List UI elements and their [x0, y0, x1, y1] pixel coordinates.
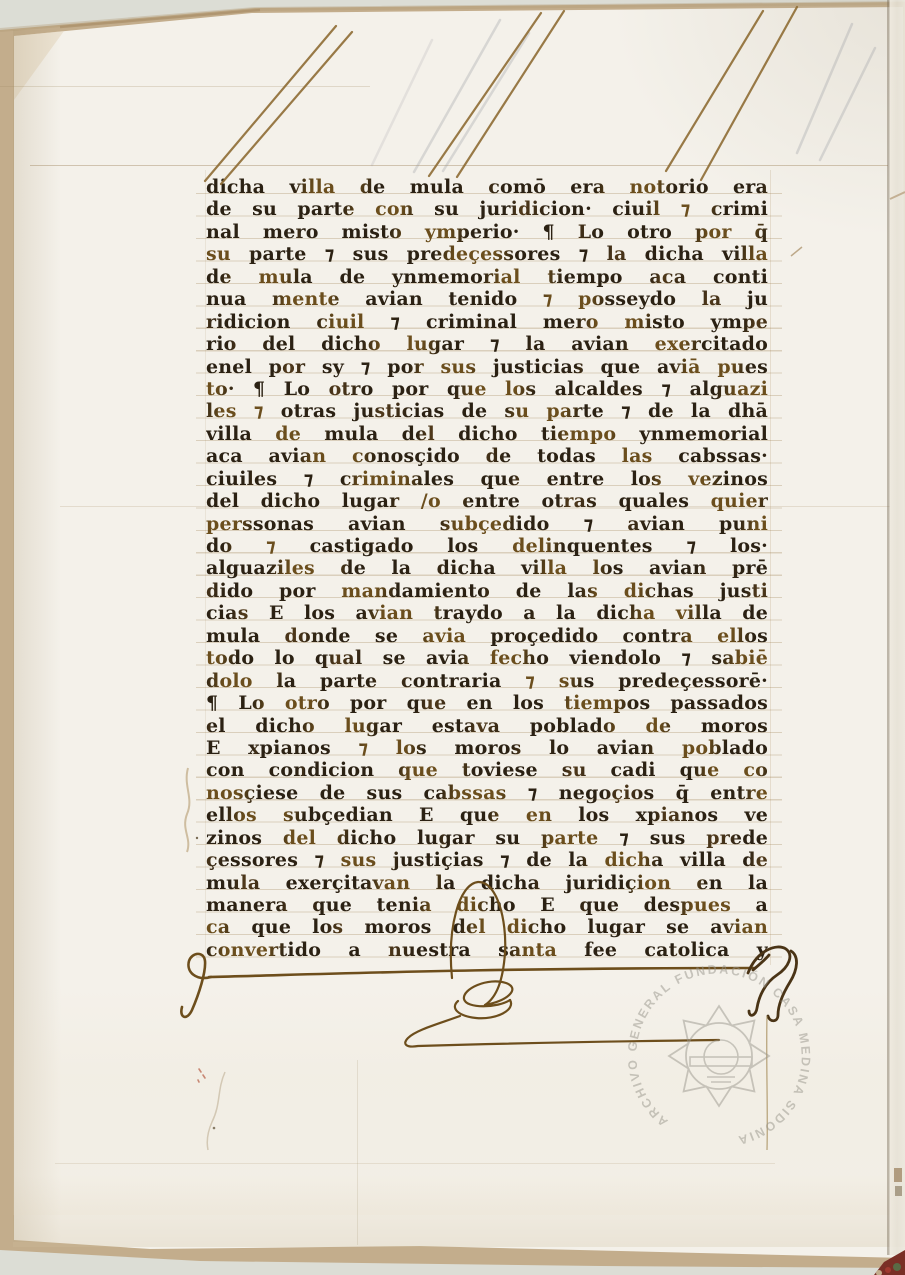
manuscript-photo: dicha villa de mula comō era notorio era…: [0, 0, 905, 1275]
watermark-text: ARCHIVO GENERAL FUNDACIÓN CASA MEDINA SI…: [625, 962, 813, 1147]
watermark-star-emblem: [669, 1006, 769, 1106]
watermark-stamp: ARCHIVO GENERAL FUNDACIÓN CASA MEDINA SI…: [0, 0, 905, 1275]
